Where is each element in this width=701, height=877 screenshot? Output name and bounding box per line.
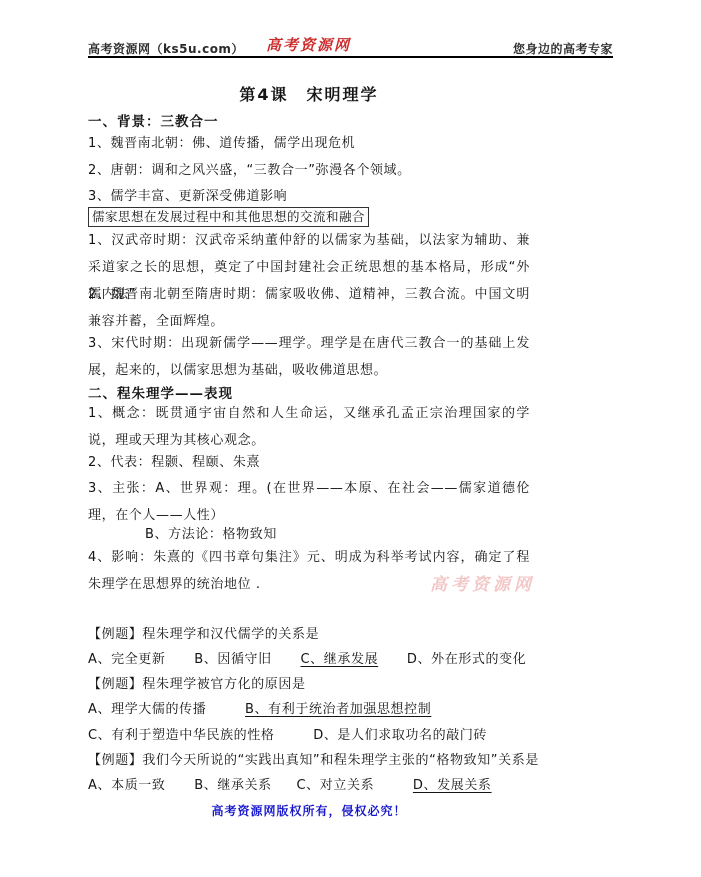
history-paragraph-3: 3、宋代时期：出现新儒学——理学。理学是在唐代三教合一的基础上发展，起来的，以儒… [88,330,530,384]
footer-copyright: 高考资源网版权所有，侵权必究！ [88,802,530,819]
example-1-stem: 【例题】程朱理学和汉代儒学的关系是 [88,621,319,648]
example-3-options: A、本质一致 B、继承关系 C、对立关系 D、发展关系 [88,772,492,799]
option-b: B、因循守旧 [194,646,272,673]
background-item-2: 2、唐朝：调和之风兴盛，“三教合一”弥漫各个领域。 [88,157,411,184]
history-paragraph-2: 2、魏晋南北朝至隋唐时期：儒家吸收佛、道精神，三教合流。中国文明兼容并蓄，全面辉… [88,281,530,335]
document-page: { "header": { "left": "高考资源网（ks5u.com）",… [0,0,701,877]
background-item-1: 1、魏晋南北朝：佛、道传播，儒学出现危机 [88,130,355,157]
example-2-stem: 【例题】程朱理学被官方化的原因是 [88,671,306,698]
header-right-slogan: 您身边的高考专家 [88,40,613,57]
option-b: B、继承关系 [194,772,272,799]
boxed-note: 儒家思想在发展过程中和其他思想的交流和融合 [88,207,369,227]
option-a: A、完全更新 [88,646,166,673]
section-1-heading: 一、背景：三教合一 [88,110,219,130]
example-1-options: A、完全更新 B、因循守旧 C、继承发展 D、外在形式的变化 [88,646,526,673]
option-a: A、理学大儒的传播 [88,696,206,723]
option-c-answer: C、继承发展 [301,646,379,673]
option-d-answer: D、发展关系 [413,772,492,799]
page-title: 第4课 宋明理学 [88,82,530,105]
section-2-heading: 二、程朱理学——表现 [88,382,233,402]
example-2-options-row-2: C、有利于塑造中华民族的性格 D、是人们求取功名的敲门砖 [88,722,487,749]
representatives-line: 2、代表：程颢、程颐、朱熹 [88,449,260,476]
example-3-stem: 【例题】我们今天所说的“实践出真知”和程朱理学主张的“格物致知”关系是 [88,747,539,774]
option-c: C、对立关系 [297,772,375,799]
option-c: C、有利于塑造中华民族的性格 [88,722,274,749]
concept-paragraph: 1、概念：既贯通宇宙自然和人生命运，又继承孔孟正宗治理国家的学说，理或天理为其核… [88,400,530,454]
option-d: D、是人们求取功名的敲门砖 [313,722,487,749]
option-b-answer: B、有利于统治者加强思想控制 [245,696,431,723]
header-divider [88,56,613,58]
option-d: D、外在形式的变化 [407,646,526,673]
watermark-logo: 高考资源网 [430,570,535,595]
example-2-options-row-1: A、理学大儒的传播 B、有利于统治者加强思想控制 [88,696,431,723]
boxed-note-wrap: 儒家思想在发展过程中和其他思想的交流和融合 [88,206,369,227]
option-a: A、本质一致 [88,772,166,799]
